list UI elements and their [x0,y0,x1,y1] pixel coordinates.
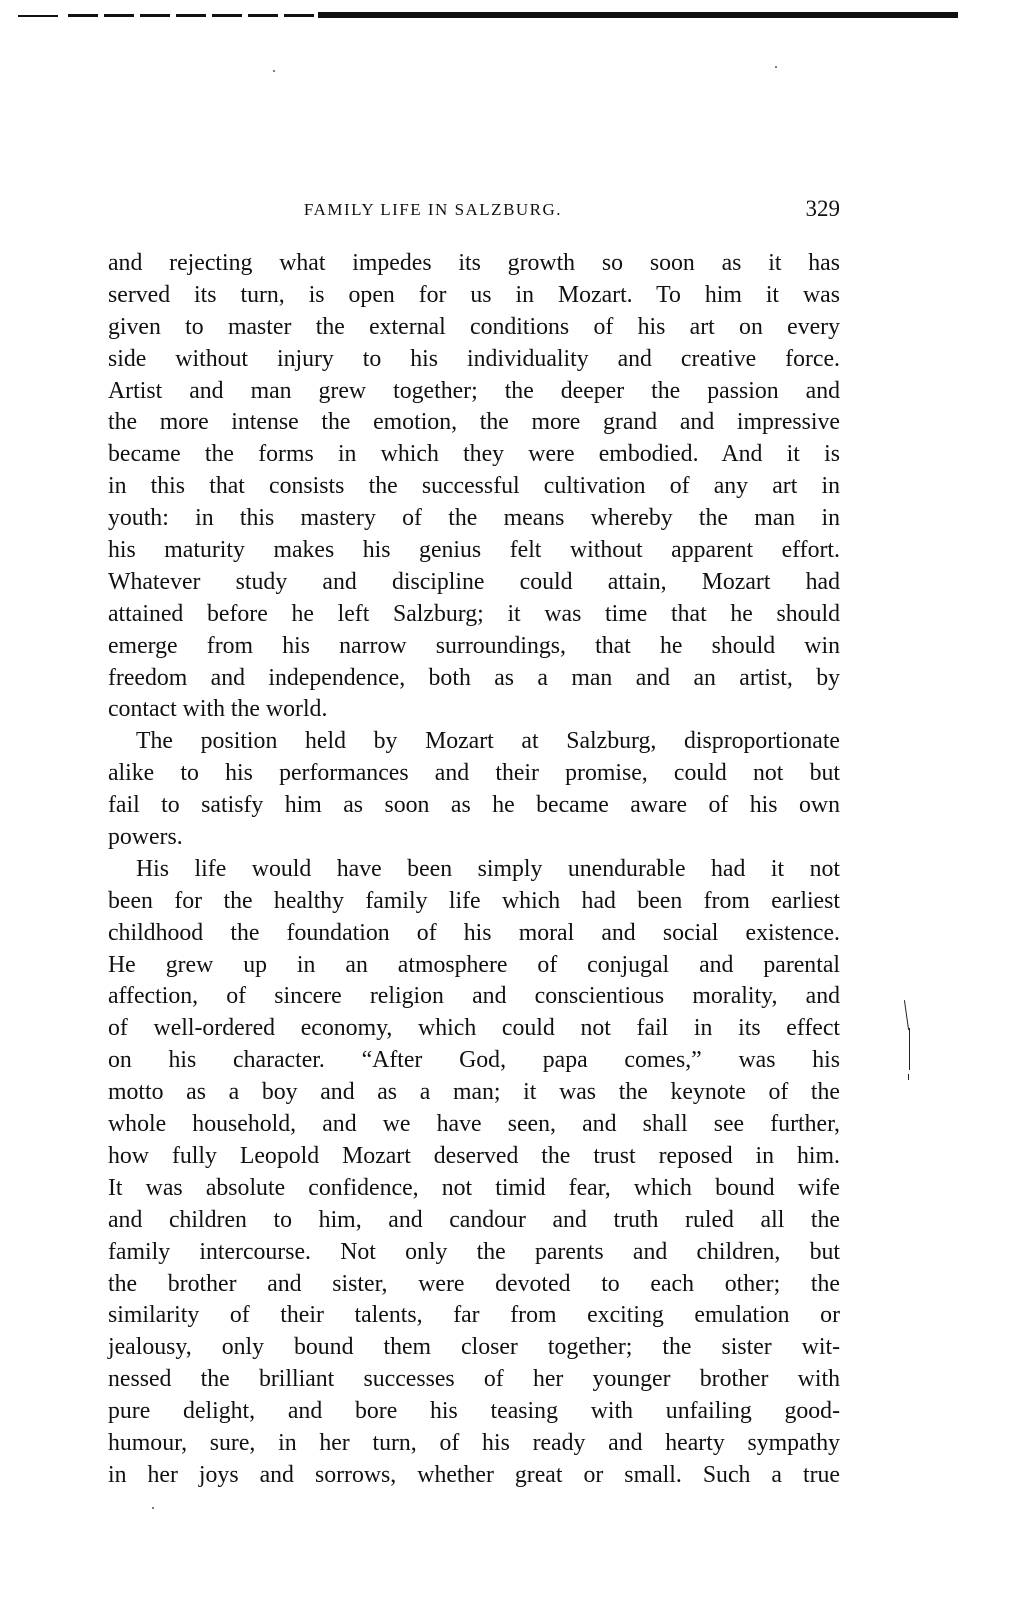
text-line: the brother and sister, were devoted to … [108,1269,840,1301]
text-line: nessed the brilliant successes of her yo… [108,1364,840,1396]
text-line: jealousy, only bound them closer togethe… [108,1332,840,1364]
book-page: FAMILY LIFE IN SALZBURG. 329 and rejecti… [108,196,840,1492]
text-line: in this that consists the successful cul… [108,471,840,503]
text-line: pure delight, and bore his teasing with … [108,1396,840,1428]
text-line: on his character. “After God, papa comes… [108,1045,840,1077]
text-line: Whatever study and discipline could atta… [108,567,840,599]
text-line: side without injury to his individuality… [108,344,840,376]
text-line: and children to him, and candour and tru… [108,1205,840,1237]
page-number: 329 [806,196,841,222]
text-line: similarity of their talents, far from ex… [108,1300,840,1332]
text-line: freedom and independence, both as a man … [108,663,840,695]
rule-segment [68,14,318,17]
text-line: how fully Leopold Mozart deserved the tr… [108,1141,840,1173]
body-text: and rejecting what impedes its growth so… [108,248,840,1492]
text-line: served its turn, is open for us in Mozar… [108,280,840,312]
text-line: affection, of sincere religion and consc… [108,981,840,1013]
text-line: family intercourse. Not only the parents… [108,1237,840,1269]
text-line: powers. [108,822,840,854]
margin-pencil-mark [906,1000,908,1080]
running-title: FAMILY LIFE IN SALZBURG. [108,200,758,220]
text-line: childhood the foundation of his moral an… [108,918,840,950]
text-line: humour, sure, in her turn, of his ready … [108,1428,840,1460]
text-line: given to master the external conditions … [108,312,840,344]
text-line: It was absolute confidence, not timid fe… [108,1173,840,1205]
running-head: FAMILY LIFE IN SALZBURG. 329 [108,196,840,232]
text-line: motto as a boy and as a man; it was the … [108,1077,840,1109]
text-line: became the forms in which they were embo… [108,439,840,471]
text-line: the more intense the emotion, the more g… [108,407,840,439]
text-line: youth: in this mastery of the means wher… [108,503,840,535]
text-line: The position held by Mozart at Salzburg,… [108,726,840,758]
text-line: in her joys and sorrows, whether great o… [108,1460,840,1492]
scan-speck [273,70,275,72]
text-line: alike to his performances and their prom… [108,758,840,790]
text-line: His life would have been simply unendura… [108,854,840,886]
text-line: He grew up in an atmosphere of conjugal … [108,950,840,982]
scan-edge-rule [18,10,958,18]
rule-segment [318,12,958,18]
rule-segment [18,15,58,17]
text-line: fail to satisfy him as soon as he became… [108,790,840,822]
text-line: contact with the world. [108,694,840,726]
text-line: whole household, and we have seen, and s… [108,1109,840,1141]
text-line: of well-ordered economy, which could not… [108,1013,840,1045]
text-line: been for the healthy family life which h… [108,886,840,918]
text-line: his maturity makes his genius felt witho… [108,535,840,567]
scan-speck [152,1507,154,1509]
text-line: emerge from his narrow surroundings, tha… [108,631,840,663]
text-line: attained before he left Salzburg; it was… [108,599,840,631]
scan-speck [775,66,777,68]
text-line: and rejecting what impedes its growth so… [108,248,840,280]
text-line: Artist and man grew together; the deeper… [108,376,840,408]
